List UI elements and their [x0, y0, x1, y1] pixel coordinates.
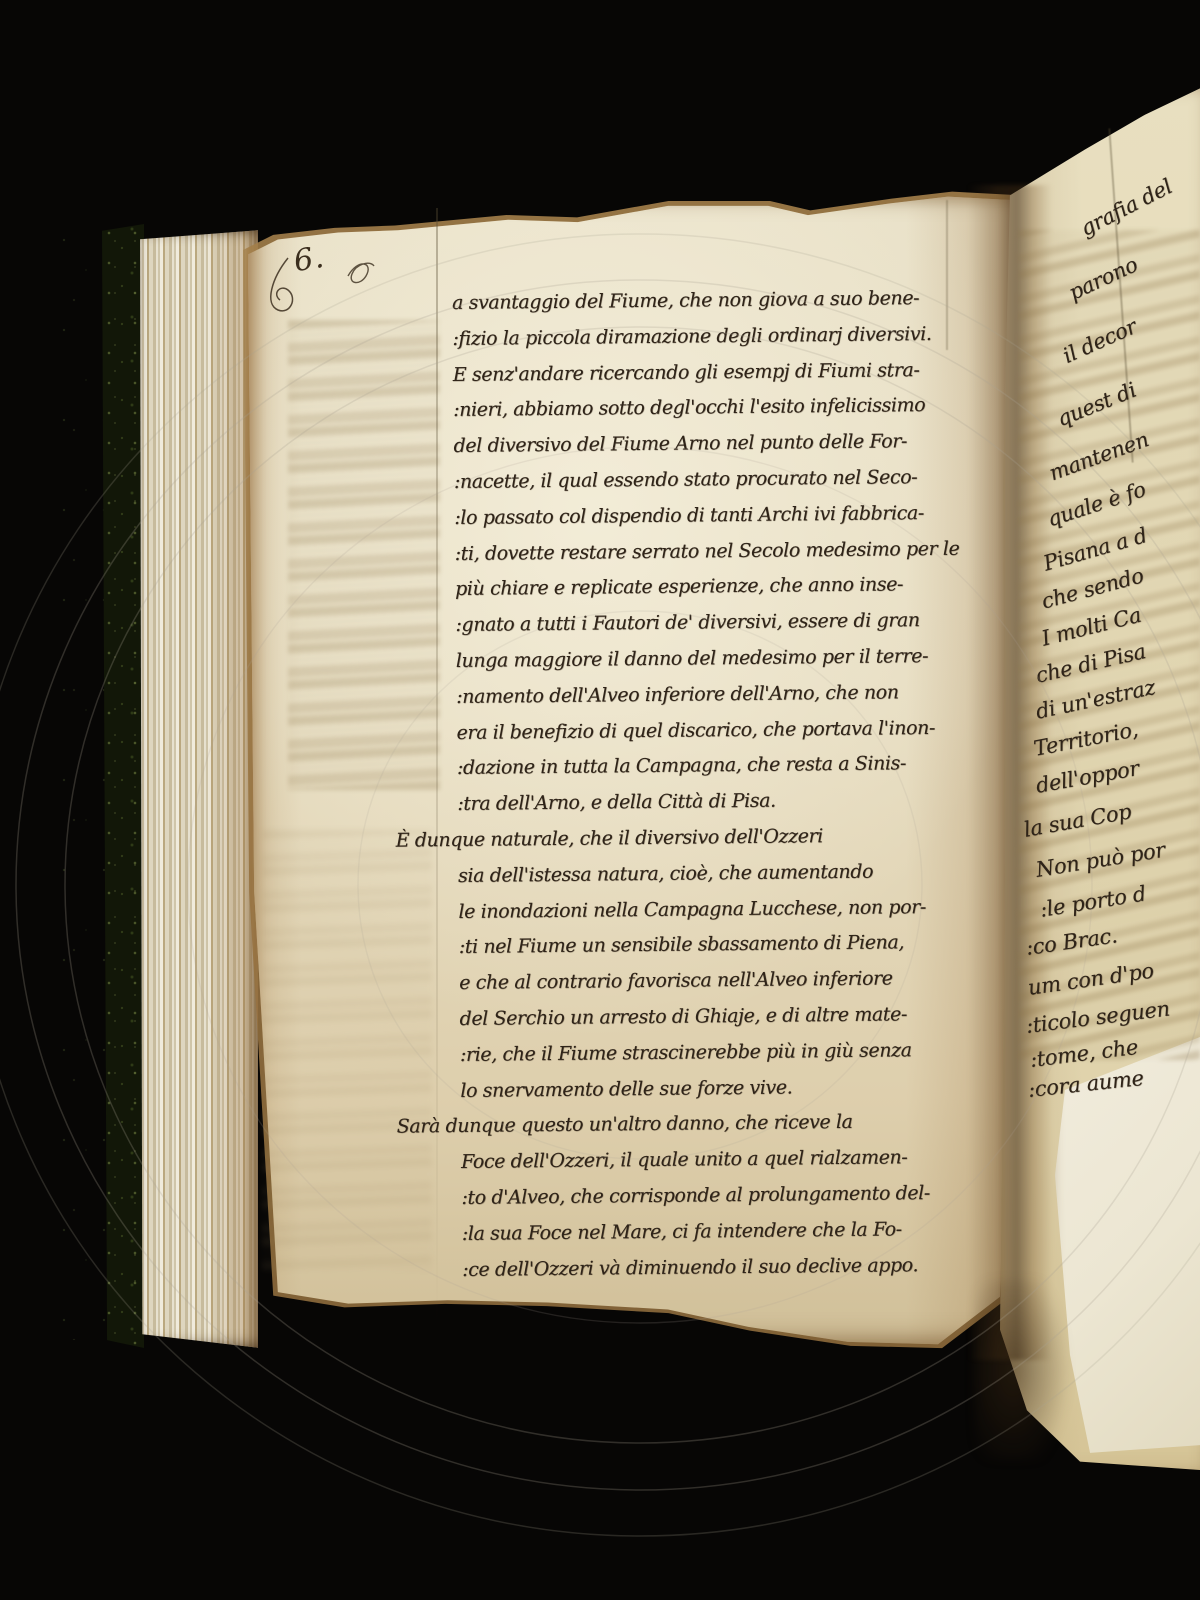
manuscript-photo: a svantaggio del Fiume, che non giova a …	[0, 0, 1200, 1600]
watermark-circles	[0, 0, 1200, 1600]
watermark-ring	[16, 280, 1200, 1490]
watermark-ring	[0, 234, 1200, 1536]
watermark-ring	[358, 611, 922, 1159]
watermark-ring	[65, 327, 1200, 1443]
watermark-ring	[188, 447, 1092, 1323]
